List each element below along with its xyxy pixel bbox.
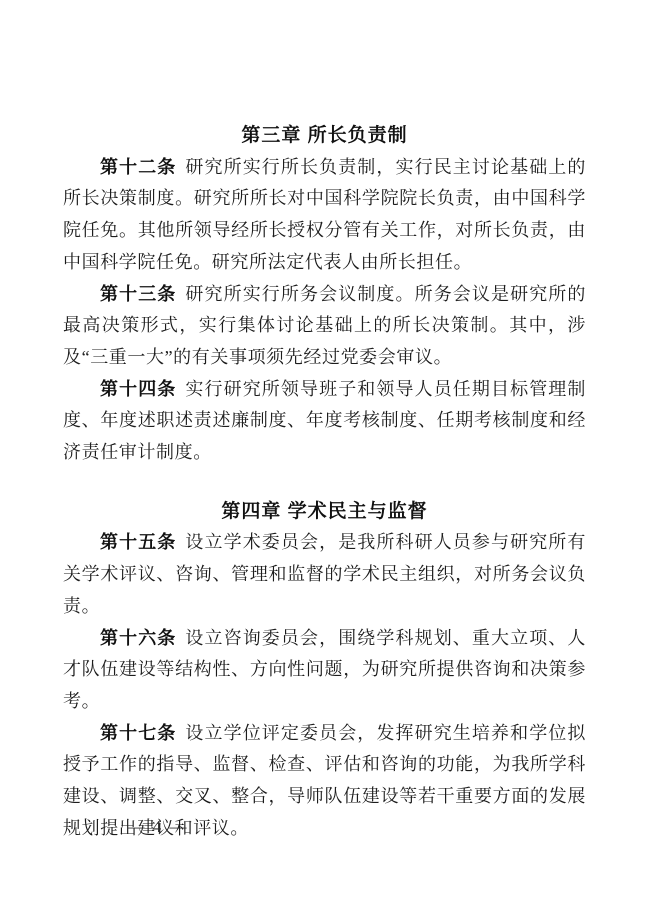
article-14-number: 第十四条	[100, 379, 176, 399]
article-13-number: 第十三条	[100, 284, 176, 304]
article-14: 第十四条实行研究所领导班子和领导人员任期目标管理制度、年度述职述责述廉制度、年度…	[63, 374, 586, 469]
chapter-4-heading: 第四章 学术民主与监督	[63, 496, 586, 528]
article-16-number: 第十六条	[100, 628, 176, 648]
article-17-number: 第十七条	[100, 723, 176, 743]
chapter-3-heading: 第三章 所长负责制	[63, 120, 586, 152]
document-page: 第三章 所长负责制 第十二条研究所实行所长负责制，实行民主讨论基础上的所长决策制…	[0, 0, 650, 919]
article-12: 第十二条研究所实行所长负责制，实行民主讨论基础上的所长决策制度。研究所所长对中国…	[63, 152, 586, 279]
article-15: 第十五条设立学术委员会，是我所科研人员参与研究所有关学术评议、咨询、管理和监督的…	[63, 527, 586, 622]
article-16: 第十六条设立咨询委员会，围绕学科规划、重大立项、人才队伍建设等结构性、方向性问题…	[63, 623, 586, 718]
article-12-number: 第十二条	[100, 157, 176, 177]
article-15-number: 第十五条	[100, 532, 176, 552]
document-content: 第三章 所长负责制 第十二条研究所实行所长负责制，实行民主讨论基础上的所长决策制…	[63, 0, 586, 844]
page-number: — 4 —	[63, 817, 253, 837]
article-13: 第十三条研究所实行所务会议制度。所务会议是研究所的最高决策形式，实行集体讨论基础…	[63, 279, 586, 374]
